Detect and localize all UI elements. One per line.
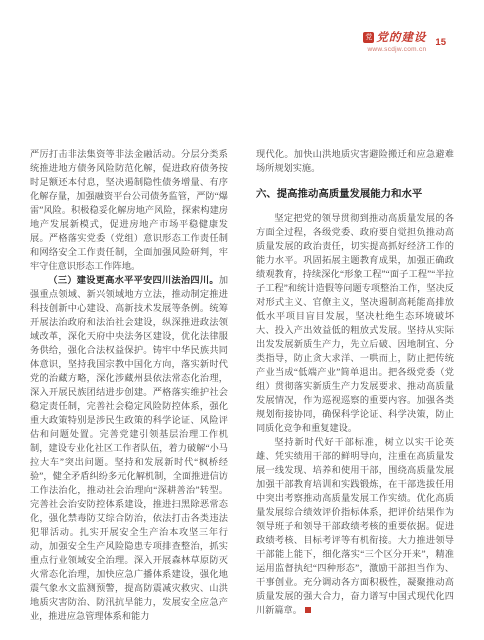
article-end-mark-icon	[305, 607, 311, 613]
paragraph-party-leadership: 坚定把党的领导贯彻到推动高质量发展的各方面全过程，各级党委、政府要自觉担负推动高…	[256, 211, 454, 435]
website-url: www.scdjw.com.cn	[363, 46, 426, 53]
paragraph-cadre-standards-text: 坚持新时代好干部标准，树立以实干论英雄、凭实绩用干部的鲜明导向，注重在高质量发展…	[256, 437, 454, 615]
paragraph-cadre-standards: 坚持新时代好干部标准，树立以实干论英雄、凭实绩用干部的鲜明导向，注重在高质量发展…	[256, 435, 454, 617]
paragraph-section-three-text: 加强重点领域、新兴领域地方立法，推动制定推进科技创新中心建设、高新技术发展等条例…	[30, 275, 228, 621]
page-number: 15	[435, 37, 446, 48]
page-body: 严厉打击非法集资等非法金融活动。分层分类系统推进地方债务风险防范化解，促进政府债…	[30, 147, 454, 623]
masthead: 党 党的建设 www.scdjw.com.cn 15	[363, 29, 446, 53]
section-heading-six: 六、提高推动高质量发展能力和水平	[256, 188, 454, 202]
subsection-heading-three: （三）建设更高水平平安四川法治四川。	[48, 275, 218, 285]
paragraph-continuation-finance: 严厉打击非法集资等非法金融活动。分层分类系统推进地方债务风险防范化解，促进政府债…	[30, 147, 228, 273]
left-column: 严厉打击非法集资等非法金融活动。分层分类系统推进地方债务风险防范化解，促进政府债…	[30, 147, 228, 623]
right-column: 现代化。加快山洪地质灾害避险搬迁和应急避难场所规划实施。 六、提高推动高质量发展…	[256, 147, 454, 623]
party-seal-icon: 党	[363, 32, 374, 43]
brand-title: 党的建设	[376, 29, 426, 45]
brand-logo: 党 党的建设 www.scdjw.com.cn	[363, 29, 426, 53]
paragraph-section-three: （三）建设更高水平平安四川法治四川。加强重点领域、新兴领域地方立法，推动制定推进…	[30, 273, 228, 623]
paragraph-continuation-emergency: 现代化。加快山洪地质灾害避险搬迁和应急避难场所规划实施。	[256, 147, 454, 175]
